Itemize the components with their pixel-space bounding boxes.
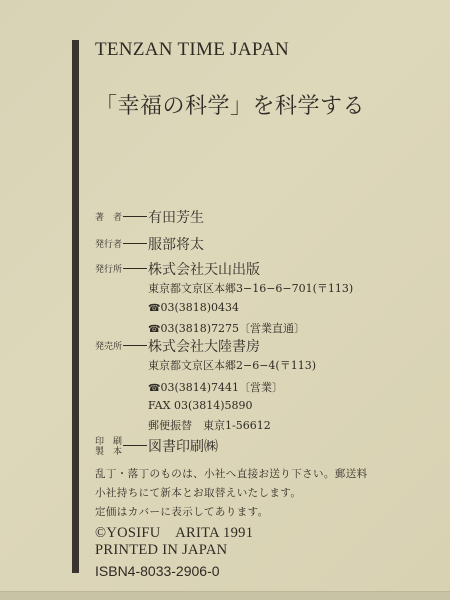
distributor-postal-account: 郵便振替 東京1-56612 xyxy=(148,417,271,433)
printer-name: 図書印刷㈱ xyxy=(148,439,218,455)
publisher-tel2: ☎03(3818)7275〔営業直通〕 xyxy=(148,320,305,336)
page-edge xyxy=(0,591,450,600)
distributor-tel: ☎03(3814)7441〔営業〕 xyxy=(148,379,283,395)
publisher-line: 発行所株式会社天山出版 xyxy=(95,259,260,279)
copyright: ©YOSIFU ARITA 1991 xyxy=(95,521,253,542)
publisher-tel1: ☎03(3818)0434 xyxy=(148,301,239,314)
series-name: TENZAN TIME JAPAN xyxy=(95,39,289,61)
printing-label: 印 刷製 本 xyxy=(95,437,122,457)
book-title: 「幸福の科学」を科学する xyxy=(95,89,365,120)
telephone-icon: ☎ xyxy=(148,383,160,394)
author-line: 著 者有田芳生 xyxy=(95,207,204,227)
vertical-rule xyxy=(72,40,79,573)
dash xyxy=(123,243,147,244)
isbn: ISBN4-8033-2906-0 xyxy=(95,563,220,579)
publisher-address: 東京都文京区本郷3−16−6−701(〒113) xyxy=(148,280,353,296)
distributor-label: 発売所 xyxy=(95,339,122,352)
publisher-person-line: 発行者服部将太 xyxy=(95,234,204,254)
publisher-name: 株式会社天山出版 xyxy=(148,262,260,278)
distributor-line: 発売所株式会社大陸書房 xyxy=(95,336,260,356)
publisher-person-label: 発行者 xyxy=(95,237,122,250)
distributor-name: 株式会社大陸書房 xyxy=(148,339,260,355)
printed-in: PRINTED IN JAPAN xyxy=(95,542,227,559)
dash xyxy=(123,216,147,217)
distributor-fax: FAX 03(3814)5890 xyxy=(148,399,253,412)
telephone-icon: ☎ xyxy=(148,324,160,335)
publisher-person-name: 服部将太 xyxy=(148,237,204,253)
notes-line-1: 乱丁・落丁のものは、小社へ直接お送り下さい。郵送料 xyxy=(95,466,368,481)
publisher-label: 発行所 xyxy=(95,262,122,275)
telephone-icon: ☎ xyxy=(148,303,160,314)
dash xyxy=(123,268,147,269)
dash xyxy=(123,445,147,446)
author-name: 有田芳生 xyxy=(148,210,204,226)
printing-line: 印 刷製 本図書印刷㈱ xyxy=(95,436,218,457)
notes-line-3: 定価はカバーに表示してあります。 xyxy=(95,504,269,519)
notes-line-2: 小社持ちにて新本とお取替えいたします。 xyxy=(95,485,301,500)
dash xyxy=(123,345,147,346)
author-label: 著 者 xyxy=(95,210,122,223)
distributor-address: 東京都文京区本郷2−6−4(〒113) xyxy=(148,357,316,373)
